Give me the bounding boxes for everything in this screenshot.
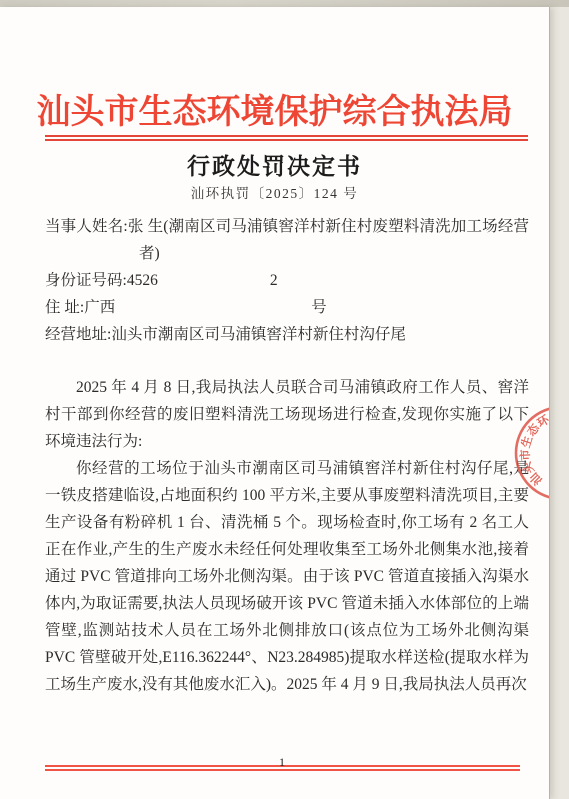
party-address-line: 住 址:广西号 [45, 294, 529, 321]
party-id-value-start: 4526 [127, 272, 158, 289]
document-page: 汕头市生态环境保护综合执法局 行政处罚决定书 汕环执罚〔2025〕124 号 当… [0, 7, 550, 799]
document-title: 行政处罚决定书 [0, 148, 549, 181]
letterhead-double-rule [45, 135, 528, 141]
party-name-line: 当事人姓名:张 生(潮南区司马浦镇窖洋村新住村废塑料清洗加工场经营者) [45, 213, 529, 267]
scan-background-strip [0, 0, 569, 7]
business-address-line: 经营地址:汕头市潮南区司马浦镇窖洋村新住村沟仔尾 [45, 321, 529, 348]
party-address-suffix: 号 [311, 299, 327, 316]
party-name-label: 当事人姓名: [45, 218, 128, 235]
party-address-value: 广西 [84, 299, 115, 316]
party-address-label: 住 址: [45, 299, 84, 316]
body-paragraph: 2025 年 4 月 8 日,我局执法人员联合司马浦镇政府工作人员、窖洋村干部到… [45, 374, 529, 455]
party-id-value-end: 2 [270, 272, 278, 289]
body-paragraph: 你经营的工场位于汕头市潮南区司马浦镇窖洋村新住村沟仔尾,是一铁皮搭建临设,占地面… [45, 455, 529, 698]
document-number: 汕环执罚〔2025〕124 号 [0, 182, 549, 202]
agency-letterhead-title: 汕头市生态环境保护综合执法局 [0, 84, 549, 133]
page-number: 1 [252, 755, 312, 770]
body-paragraphs: 2025 年 4 月 8 日,我局执法人员联合司马浦镇政府工作人员、窖洋村干部到… [45, 374, 529, 698]
business-address-value: 汕头市潮南区司马浦镇窖洋村新住村沟仔尾 [111, 326, 406, 343]
business-address-label: 经营地址: [45, 326, 111, 343]
party-id-line: 身份证号码:45262 [45, 267, 529, 294]
party-id-label: 身份证号码: [45, 272, 127, 289]
document-body: 当事人姓名:张 生(潮南区司马浦镇窖洋村新住村废塑料清洗加工场经营者) 身份证号… [45, 213, 529, 698]
party-name-value: 张 生(潮南区司马浦镇窖洋村新住村废塑料清洗加工场经营者) [128, 218, 529, 262]
